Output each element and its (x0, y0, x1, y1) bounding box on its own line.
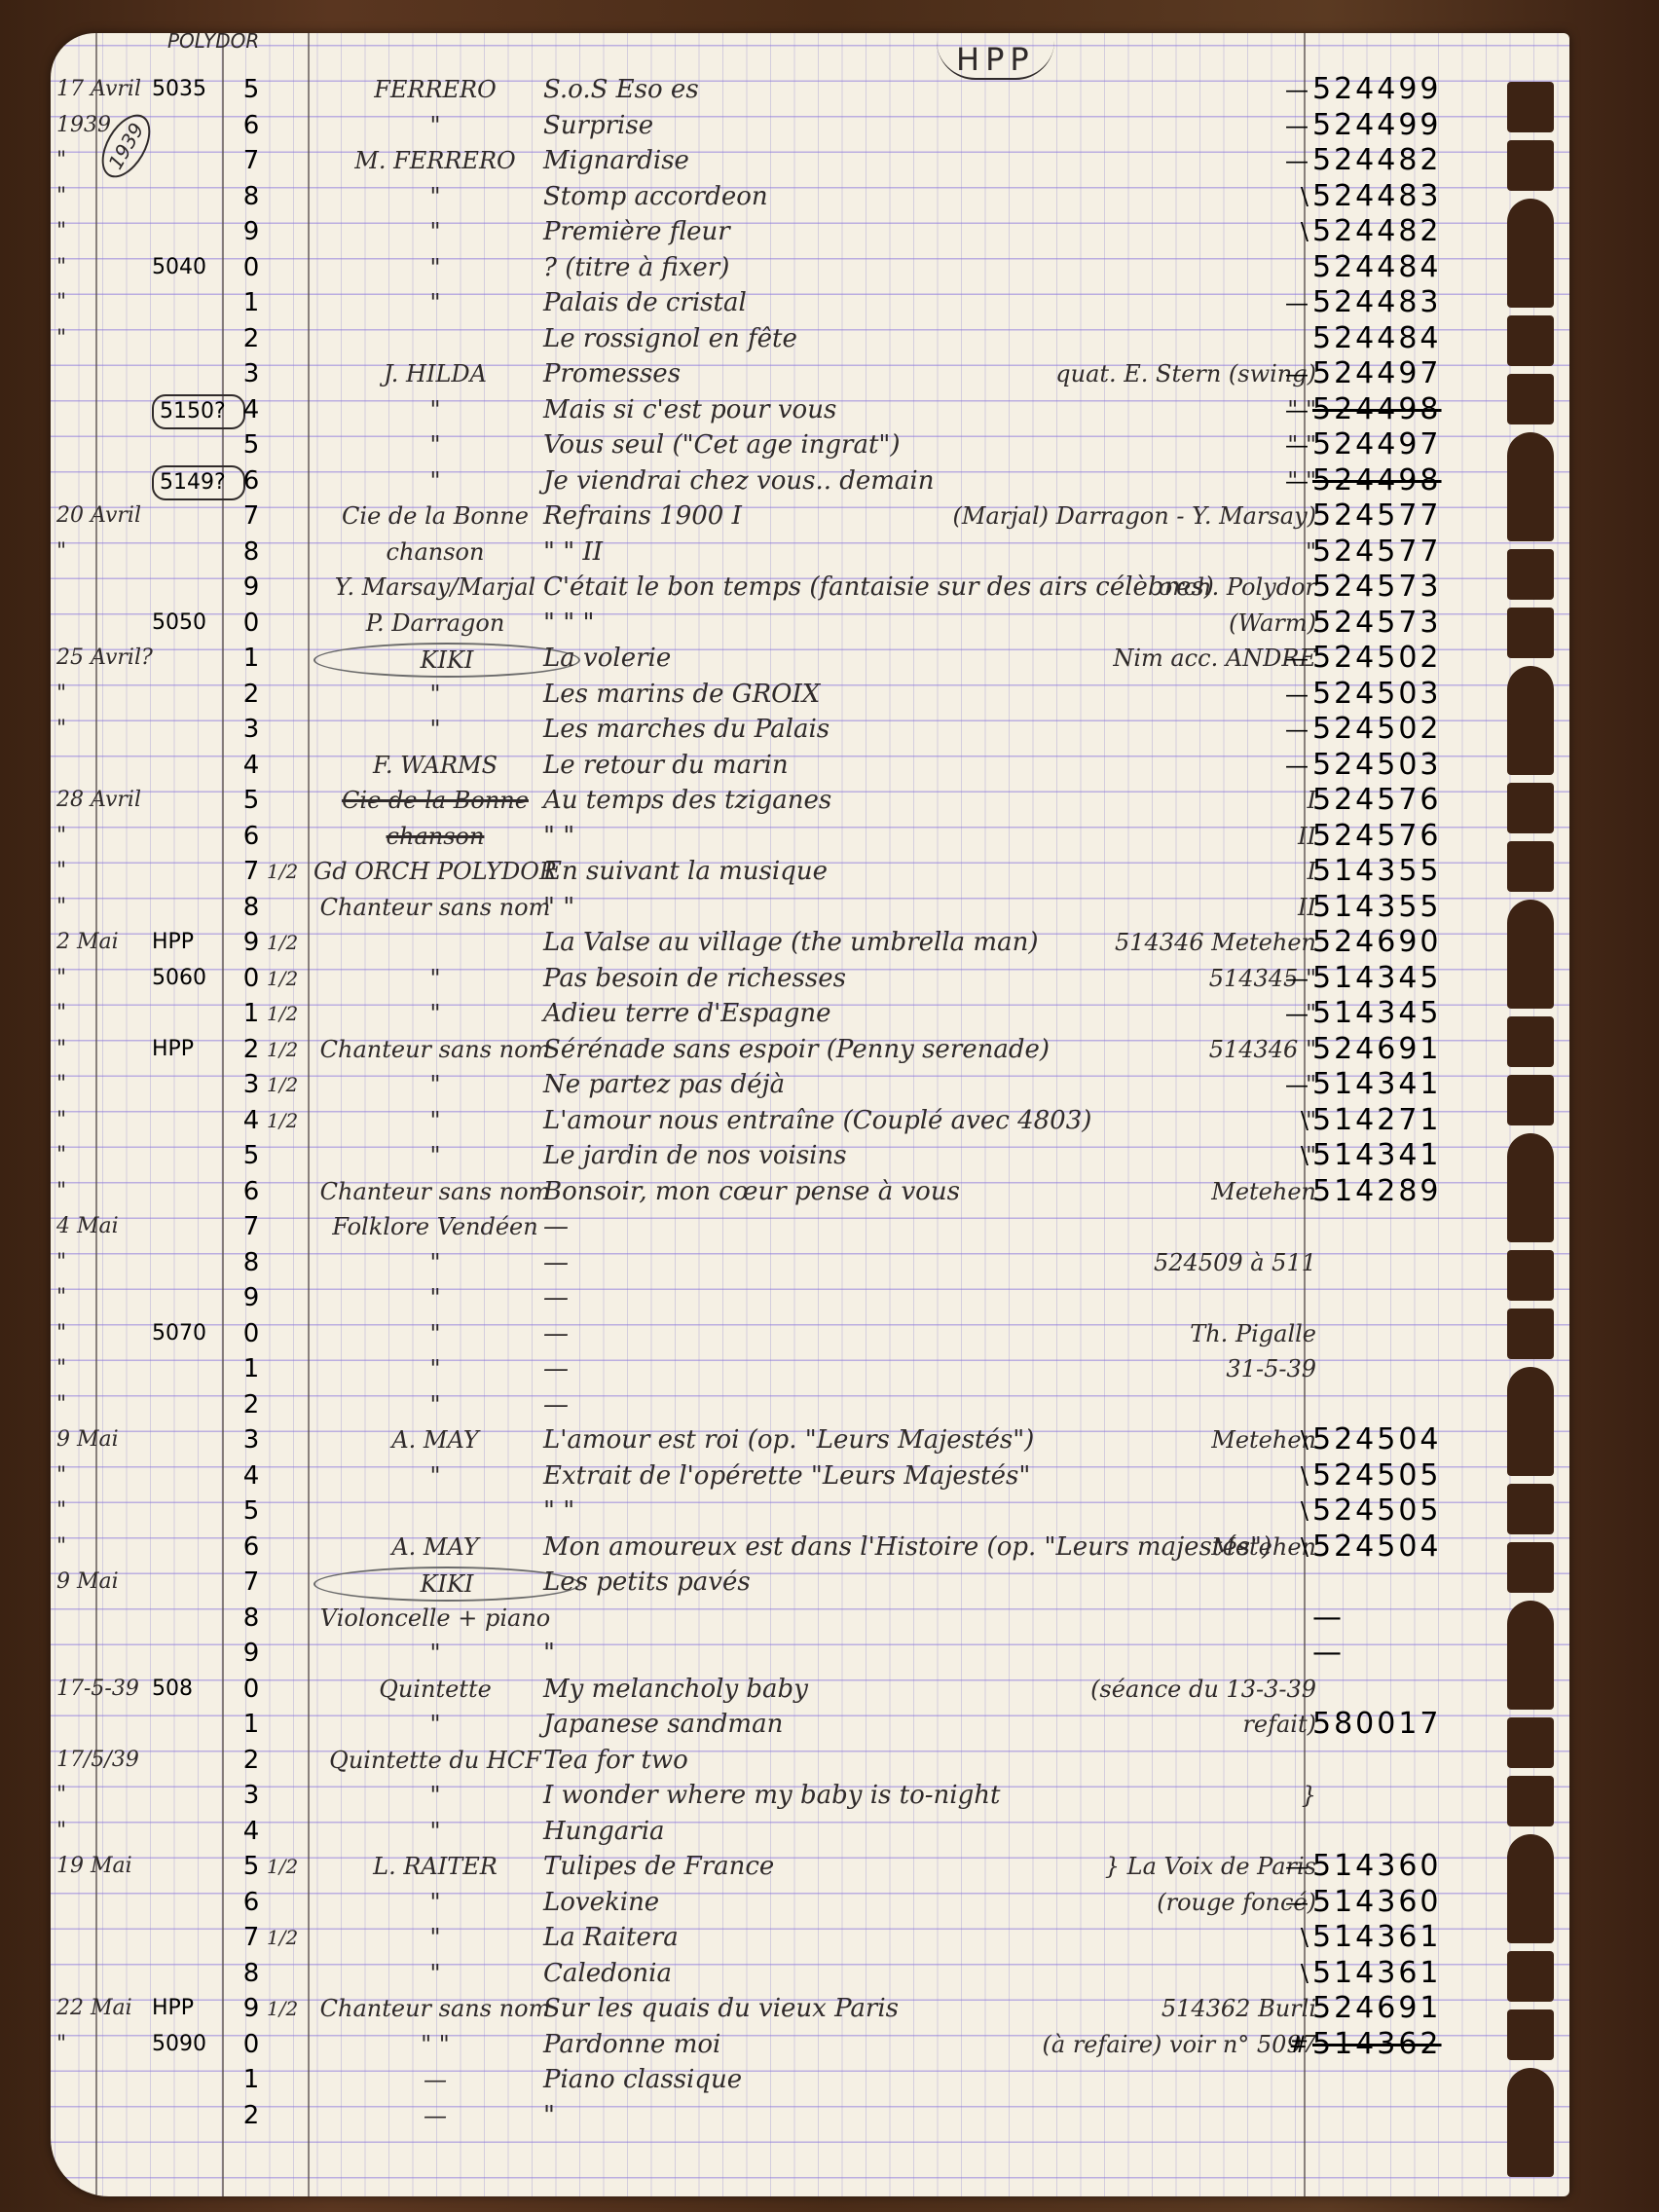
matrix-number: 524505 (1312, 1460, 1507, 1492)
register-row: "2"Les marins de GROIX—524503 (51, 677, 1569, 713)
register-row: "2Le rossignol en fête524484 (51, 321, 1569, 357)
date-cell: " (56, 1495, 154, 1527)
check-mark: — (1285, 750, 1309, 781)
matrix-number: 514361 (1312, 1958, 1507, 1989)
note-cell: II (810, 892, 1316, 923)
artist-cell: Cie de la Bonne (313, 785, 557, 816)
artist-cell: " (313, 1282, 557, 1313)
artist-cell: " (313, 1958, 557, 1989)
artist-cell: KIKI (313, 1567, 580, 1602)
artist-cell: " (313, 1105, 557, 1136)
catalog-digit: 3 (232, 714, 271, 745)
date-cell: " (56, 714, 154, 745)
register-row: 50500P. Darragon" " "(Warm)524573 (51, 606, 1569, 642)
catalog-digit: 9 (232, 1638, 271, 1669)
register-row: 19396"Surprise—524499 (51, 108, 1569, 144)
catalog-prefix: 508 (152, 1674, 230, 1705)
catalog-digit: 3 (232, 358, 271, 389)
catalog-digit: 6 (232, 821, 271, 852)
note-cell: " (810, 998, 1316, 1029)
matrix-number: 514345 (1312, 963, 1507, 994)
register-row: "5" "\524505 (51, 1493, 1569, 1530)
register-row: "7M. FERREROMignardise—524482 (51, 143, 1569, 179)
register-row: 2—" (51, 2098, 1569, 2134)
title-cell: ? (titre à fixer) (543, 252, 1030, 283)
register-row: "3"I wonder where my baby is to-night} (51, 1778, 1569, 1814)
register-row: 71/2"La Raitera\514361 (51, 1920, 1569, 1956)
binder-hole (1507, 1951, 1554, 2002)
fraction-note: 1/2 (267, 1034, 306, 1065)
artist-cell: " (313, 1709, 557, 1740)
fraction-note: 1/2 (267, 1851, 306, 1882)
artist-cell: Chanteur sans nom (313, 892, 557, 923)
catalog-digit: 9 (232, 216, 271, 247)
title-cell: Le rossignol en fête (543, 323, 1030, 354)
register-row: 17-5-395080QuintetteMy melancholy baby(s… (51, 1672, 1569, 1708)
matrix-number: 514289 (1312, 1176, 1507, 1207)
catalog-digit: 1 (232, 998, 271, 1029)
matrix-number: 514355 (1312, 856, 1507, 887)
register-row: "11/2"Adieu terre d'Espagne"—514345 (51, 996, 1569, 1032)
register-row: 3J. HILDAPromessesquat. E. Stern (swing)… (51, 356, 1569, 392)
check-mark: — (1285, 1887, 1309, 1918)
register-row: "2"— (51, 1387, 1569, 1423)
check-mark: \ (1285, 1495, 1309, 1527)
matrix-number: 514360 (1312, 1851, 1507, 1882)
fraction-note: 1/2 (267, 1069, 306, 1100)
register-row: 4 Mai7Folklore Vendéen— (51, 1209, 1569, 1245)
catalog-prefix: HPP (152, 1034, 230, 1065)
matrix-number: 524502 (1312, 714, 1507, 745)
artist-cell: Y. Marsay/Marjal (313, 571, 557, 603)
matrix-number: 524498 (1312, 465, 1507, 497)
artist-cell: — (313, 2100, 557, 2131)
note-cell: 524509 à 511 (810, 1247, 1316, 1278)
catalog-digit: 0 (232, 252, 271, 283)
date-cell: " (56, 1105, 154, 1136)
note-cell: Nim acc. ANDRE (810, 643, 1316, 674)
catalog-digit: 5 (232, 1140, 271, 1171)
register-row: "5"Le jardin de nos voisins"\514341 (51, 1138, 1569, 1174)
date-cell: 22 Mai (56, 1993, 154, 2024)
artist-cell: " (313, 1247, 557, 1278)
register-row: 19 Mai51/2L. RAITERTulipes de France} La… (51, 1849, 1569, 1885)
register-row: "8chanson" " II"524577 (51, 535, 1569, 571)
register-row: "9"Première fleur\524482 (51, 214, 1569, 250)
matrix-number: 524577 (1312, 500, 1507, 532)
binder-hole (1507, 958, 1554, 1009)
title-cell: Les marins de GROIX (543, 679, 1030, 710)
fraction-note: 1/2 (267, 927, 306, 958)
matrix-number: 524691 (1312, 1034, 1507, 1065)
label-header: POLYDOR (167, 33, 259, 53)
check-mark: \ (1285, 1424, 1309, 1456)
artist-cell: " (313, 429, 557, 461)
catalog-prefix: 5035 (152, 74, 230, 105)
binder-hole (1507, 724, 1554, 775)
matrix-number: 524484 (1312, 323, 1507, 354)
catalog-digit: 1 (232, 2064, 271, 2095)
note-cell: } La Voix de Paris (810, 1851, 1316, 1882)
register-row: "9"— (51, 1280, 1569, 1316)
date-cell: " (56, 1531, 154, 1563)
register-row: 9""— (51, 1636, 1569, 1672)
note-cell: I (810, 785, 1316, 816)
check-mark: \ (1285, 216, 1309, 247)
register-row: 22 MaiHPP91/2Chanteur sans nomSur les qu… (51, 1991, 1569, 2027)
binder-hole (1507, 1893, 1554, 1943)
date-cell: " (56, 2029, 154, 2060)
date-cell: " (56, 1140, 154, 1171)
date-cell: " (56, 216, 154, 247)
note-cell: " (810, 1105, 1316, 1136)
title-cell: S.o.S Eso es (543, 74, 1030, 105)
artist-cell: Chanteur sans nom (313, 1176, 557, 1207)
date-cell: 19 Mai (56, 1851, 154, 1882)
catalog-digit: 5 (232, 74, 271, 105)
register-row: "31/2"Ne partez pas déjà"—514341 (51, 1067, 1569, 1103)
note-cell: 514346 Metehen (810, 927, 1316, 958)
matrix-number: 524499 (1312, 74, 1507, 105)
artist-cell: M. FERRERO (313, 145, 557, 176)
matrix-number: 524484 (1312, 252, 1507, 283)
binder-hole (1507, 315, 1554, 366)
artist-cell: " (313, 287, 557, 318)
catalog-prefix: 5040 (152, 252, 230, 283)
check-mark: \ (1285, 1922, 1309, 1953)
note-cell: 514346 " (810, 1034, 1316, 1065)
catalog-digit: 3 (232, 1780, 271, 1811)
check-mark: — (1285, 998, 1309, 1029)
matrix-number: 514341 (1312, 1069, 1507, 1100)
artist-cell: F. WARMS (313, 750, 557, 781)
matrix-number: 524573 (1312, 608, 1507, 639)
note-cell: " " (810, 394, 1316, 425)
catalog-digit: 3 (232, 1069, 271, 1100)
register-row: 9 Mai3A. MAYL'amour est roi (op. "Leurs … (51, 1422, 1569, 1458)
catalog-digit: 0 (232, 608, 271, 639)
catalog-digit: 4 (232, 1816, 271, 1847)
binder-hole (1507, 2126, 1554, 2177)
matrix-number: — (1312, 1638, 1507, 1669)
matrix-number: 524502 (1312, 643, 1507, 674)
artist-cell: " (313, 110, 557, 141)
catalog-digit: 1 (232, 643, 271, 674)
artist-cell: " (313, 1780, 557, 1811)
artist-cell: " (313, 1816, 557, 1847)
catalog-prefix: HPP (152, 1993, 230, 2024)
date-cell: " (56, 145, 154, 176)
register-row: "506001/2"Pas besoin de richesses514345 … (51, 961, 1569, 997)
date-cell: 9 Mai (56, 1567, 154, 1598)
artist-cell: A. MAY (313, 1424, 557, 1456)
date-cell: " (56, 1069, 154, 1100)
register-row: 5149?6"Je viendrai chez vous.. demain" "… (51, 463, 1569, 499)
register-row: 17 Avril50355FERREROS.o.S Eso es—524499 (51, 72, 1569, 108)
register-row: "6A. MAYMon amoureux est dans l'Histoire… (51, 1530, 1569, 1566)
artist-cell: " (313, 465, 557, 497)
date-cell: " (56, 998, 154, 1029)
register-row: "50400"? (titre à fixer)524484 (51, 250, 1569, 286)
title-cell: Piano classique (543, 2064, 1030, 2095)
catalog-digit: 7 (232, 500, 271, 532)
check-mark: — (1285, 679, 1309, 710)
check-mark: \ (1285, 1460, 1309, 1492)
register-row: 9Y. Marsay/MarjalC'était le bon temps (f… (51, 570, 1569, 606)
title-cell: Extrait de l'opérette "Leurs Majestés" (543, 1460, 1030, 1492)
check-mark: \ (1285, 1531, 1309, 1563)
matrix-number: 524483 (1312, 287, 1507, 318)
artist-cell: KIKI (313, 643, 580, 678)
artist-cell: Quintette du HCF (313, 1745, 557, 1776)
register-row: "3"Les marches du Palais—524502 (51, 712, 1569, 748)
catalog-digit: 9 (232, 1282, 271, 1313)
notebook-page: POLYDOR HPP 1939 17 Avril50355FERREROS.o… (51, 33, 1569, 2196)
artist-cell: P. Darragon (313, 608, 557, 639)
artist-cell: " (313, 1887, 557, 1918)
catalog-digit: 8 (232, 1958, 271, 1989)
fraction-note: 1/2 (267, 998, 306, 1029)
note-cell: Metehen (810, 1424, 1316, 1456)
fraction-note: 1/2 (267, 1993, 306, 2024)
catalog-digit: 7 (232, 1567, 271, 1598)
title-cell: Première fleur (543, 216, 1030, 247)
artist-cell: Violoncelle + piano (313, 1603, 557, 1634)
matrix-number: 514345 (1312, 998, 1507, 1029)
title-cell: Le retour du marin (543, 750, 1030, 781)
check-mark: — (1285, 1851, 1309, 1882)
register-row: 9 Mai7KIKILes petits pavés (51, 1565, 1569, 1601)
register-row: 17/5/392Quintette du HCFTea for two (51, 1743, 1569, 1779)
artist-cell: " (313, 1389, 557, 1420)
artist-cell: Chanteur sans nom (313, 1993, 557, 2024)
note-cell: 31-5-39 (810, 1353, 1316, 1384)
register-row: 1—Piano classique (51, 2062, 1569, 2098)
date-cell: " (56, 1034, 154, 1065)
matrix-number: 524577 (1312, 536, 1507, 568)
binder-hole (1507, 608, 1554, 658)
date-cell: " (56, 963, 154, 994)
catalog-digit: 8 (232, 536, 271, 568)
note-cell: 514362 Burli (810, 1993, 1316, 2024)
artist-cell: Gd ORCH POLYDOR (313, 856, 557, 887)
register-row: 5"Vous seul ("Cet age ingrat")" "—524497 (51, 427, 1569, 463)
catalog-digit: 5 (232, 785, 271, 816)
catalog-digit: 7 (232, 856, 271, 887)
catalog-digit: 6 (232, 465, 271, 497)
title-cell: Tea for two (543, 1745, 1030, 1776)
register-row: 20 Avril7Cie de la BonneRefrains 1900 I(… (51, 498, 1569, 535)
catalog-prefix: 5090 (152, 2029, 230, 2060)
artist-cell: L. RAITER (313, 1851, 557, 1882)
artist-cell: — (313, 2064, 557, 2095)
binder-hole (1507, 257, 1554, 308)
register-row: "8"Stomp accordeon\524483 (51, 179, 1569, 215)
artist-cell: " (313, 998, 557, 1029)
fraction-note: 1/2 (267, 1105, 306, 1136)
catalog-digit: 8 (232, 181, 271, 212)
catalog-digit: 6 (232, 1531, 271, 1563)
check-mark: — (1285, 287, 1309, 318)
catalog-digit: 4 (232, 1460, 271, 1492)
date-cell: 4 Mai (56, 1211, 154, 1242)
register-row: "6chanson" "II524576 (51, 819, 1569, 855)
date-cell: 2 Mai (56, 927, 154, 958)
artist-cell: " (313, 394, 557, 425)
catalog-digit: 8 (232, 1603, 271, 1634)
date-cell: " (56, 1247, 154, 1278)
check-mark: — (1285, 1069, 1309, 1100)
check-mark: — (1285, 963, 1309, 994)
date-cell: 28 Avril (56, 785, 154, 816)
artist-cell: A. MAY (313, 1531, 557, 1563)
artist-cell: Chanteur sans nom (313, 1034, 557, 1065)
date-cell: " (56, 1460, 154, 1492)
title-cell: — (543, 1282, 1030, 1313)
title-cell: Stomp accordeon (543, 181, 1030, 212)
catalog-prefix: HPP (152, 927, 230, 958)
catalog-digit: 7 (232, 145, 271, 176)
artist-cell: " (313, 1140, 557, 1171)
artist-cell: " (313, 216, 557, 247)
check-mark: — (1285, 394, 1309, 425)
register-row: "HPP21/2Chanteur sans nomSérénade sans e… (51, 1032, 1569, 1068)
date-cell: " (56, 1389, 154, 1420)
title-cell: " " (543, 1495, 1030, 1527)
binder-hole (1507, 1659, 1554, 1710)
register-row: 5150?4"Mais si c'est pour vous" "—524498 (51, 392, 1569, 428)
note-cell: 514345 " (810, 963, 1316, 994)
check-mark: — (1285, 643, 1309, 674)
catalog-digit: 6 (232, 110, 271, 141)
date-cell: 20 Avril (56, 500, 154, 532)
binder-hole (1507, 1075, 1554, 1125)
date-cell: " (56, 536, 154, 568)
artist-cell: " (313, 1460, 557, 1492)
binder-hole (1507, 1717, 1554, 1768)
binder-hole (1507, 1425, 1554, 1476)
check-mark: \ (1285, 181, 1309, 212)
date-cell: " (56, 892, 154, 923)
binder-holes (1507, 82, 1556, 2157)
catalog-digit: 4 (232, 1105, 271, 1136)
matrix-number: 524690 (1312, 927, 1507, 958)
matrix-number: 524497 (1312, 429, 1507, 461)
catalog-digit: 0 (232, 1674, 271, 1705)
matrix-number: 524498 (1312, 394, 1507, 425)
check-mark: — (1285, 714, 1309, 745)
matrix-number: 524499 (1312, 110, 1507, 141)
note-cell: " (810, 536, 1316, 568)
note-cell: " " (810, 465, 1316, 497)
catalog-digit: 6 (232, 1176, 271, 1207)
register-row: 8"Caledonia\514361 (51, 1956, 1569, 1992)
register-row: 28 Avril5Cie de la BonneAu temps des tzi… (51, 783, 1569, 819)
catalog-digit: 9 (232, 1993, 271, 2024)
artist-cell: J. HILDA (313, 358, 557, 389)
date-cell: " (56, 181, 154, 212)
matrix-number: 514360 (1312, 1887, 1507, 1918)
matrix-number: 524483 (1312, 181, 1507, 212)
catalog-digit: 7 (232, 1211, 271, 1242)
date-cell: " (56, 252, 154, 283)
matrix-number: 524576 (1312, 785, 1507, 816)
catalog-digit: 1 (232, 287, 271, 318)
artist-cell: Folklore Vendéen (313, 1211, 557, 1242)
artist-cell: " (313, 252, 557, 283)
register-row: 2 MaiHPP91/2La Valse au village (the umb… (51, 925, 1569, 961)
check-mark: — (1285, 74, 1309, 105)
artist-cell: " (313, 963, 557, 994)
binder-hole (1507, 374, 1554, 424)
catalog-digit: 4 (232, 394, 271, 425)
note-cell: Th. Pigalle (810, 1318, 1316, 1349)
note-cell: (à refaire) voir n° 5097 (810, 2029, 1316, 2060)
catalog-digit: 6 (232, 1887, 271, 1918)
matrix-number: — (1312, 1603, 1507, 1634)
register-row: "50900" "Pardonne moi(à refaire) voir n°… (51, 2027, 1569, 2063)
catalog-digit: 1 (232, 1353, 271, 1384)
matrix-number: 524482 (1312, 216, 1507, 247)
matrix-number: 514361 (1312, 1922, 1507, 1953)
binder-hole (1507, 1192, 1554, 1242)
matrix-number: 524503 (1312, 679, 1507, 710)
note-cell: orch. Polydor (810, 571, 1316, 603)
title-cell: Hungaria (543, 1816, 1030, 1847)
date-cell: " (56, 821, 154, 852)
catalog-digit: 2 (232, 1745, 271, 1776)
binder-hole (1507, 140, 1554, 191)
artist-cell: " " (313, 2029, 557, 2060)
note-cell: quat. E. Stern (swing) (810, 358, 1316, 389)
matrix-number: 524504 (1312, 1531, 1507, 1563)
catalog-digit: 5 (232, 1851, 271, 1882)
date-cell: 17-5-39 (56, 1674, 154, 1705)
date-cell: " (56, 1816, 154, 1847)
title-cell: Les petits pavés (543, 1567, 1030, 1598)
check-mark: — (1285, 145, 1309, 176)
note-cell: (Warm) (810, 608, 1316, 639)
artist-cell: " (313, 1353, 557, 1384)
fraction-note: 1/2 (267, 856, 306, 887)
title-cell: " (543, 1638, 1030, 1669)
check-mark: \ (1285, 1140, 1309, 1171)
artist-cell: " (313, 1318, 557, 1349)
catalog-digit: 8 (232, 1247, 271, 1278)
artist-cell: Cie de la Bonne (313, 500, 557, 532)
date-cell: " (56, 1176, 154, 1207)
title-cell: — (543, 1211, 1030, 1242)
date-cell: " (56, 1318, 154, 1349)
register-row: 8Violoncelle + piano— (51, 1601, 1569, 1637)
register-row: 4F. WARMSLe retour du marin—524503 (51, 748, 1569, 784)
binder-hole (1507, 549, 1554, 600)
date-cell: 17/5/39 (56, 1745, 154, 1776)
artist-cell: chanson (313, 821, 557, 852)
check-mark: \ (1285, 1105, 1309, 1136)
register-row: "4"Extrait de l'opérette "Leurs Majestés… (51, 1458, 1569, 1494)
note-cell: I (810, 856, 1316, 887)
note-cell: " " (810, 429, 1316, 461)
binder-hole (1507, 1542, 1554, 1593)
date-cell: " (56, 1282, 154, 1313)
catalog-digit: 0 (232, 963, 271, 994)
note-cell: (séance du 13-3-39 (810, 1674, 1316, 1705)
register-row: "1"Palais de cristal—524483 (51, 285, 1569, 321)
matrix-number: 524573 (1312, 571, 1507, 603)
artist-cell: FERRERO (313, 74, 557, 105)
register-row: "50700"—Th. Pigalle (51, 1316, 1569, 1352)
